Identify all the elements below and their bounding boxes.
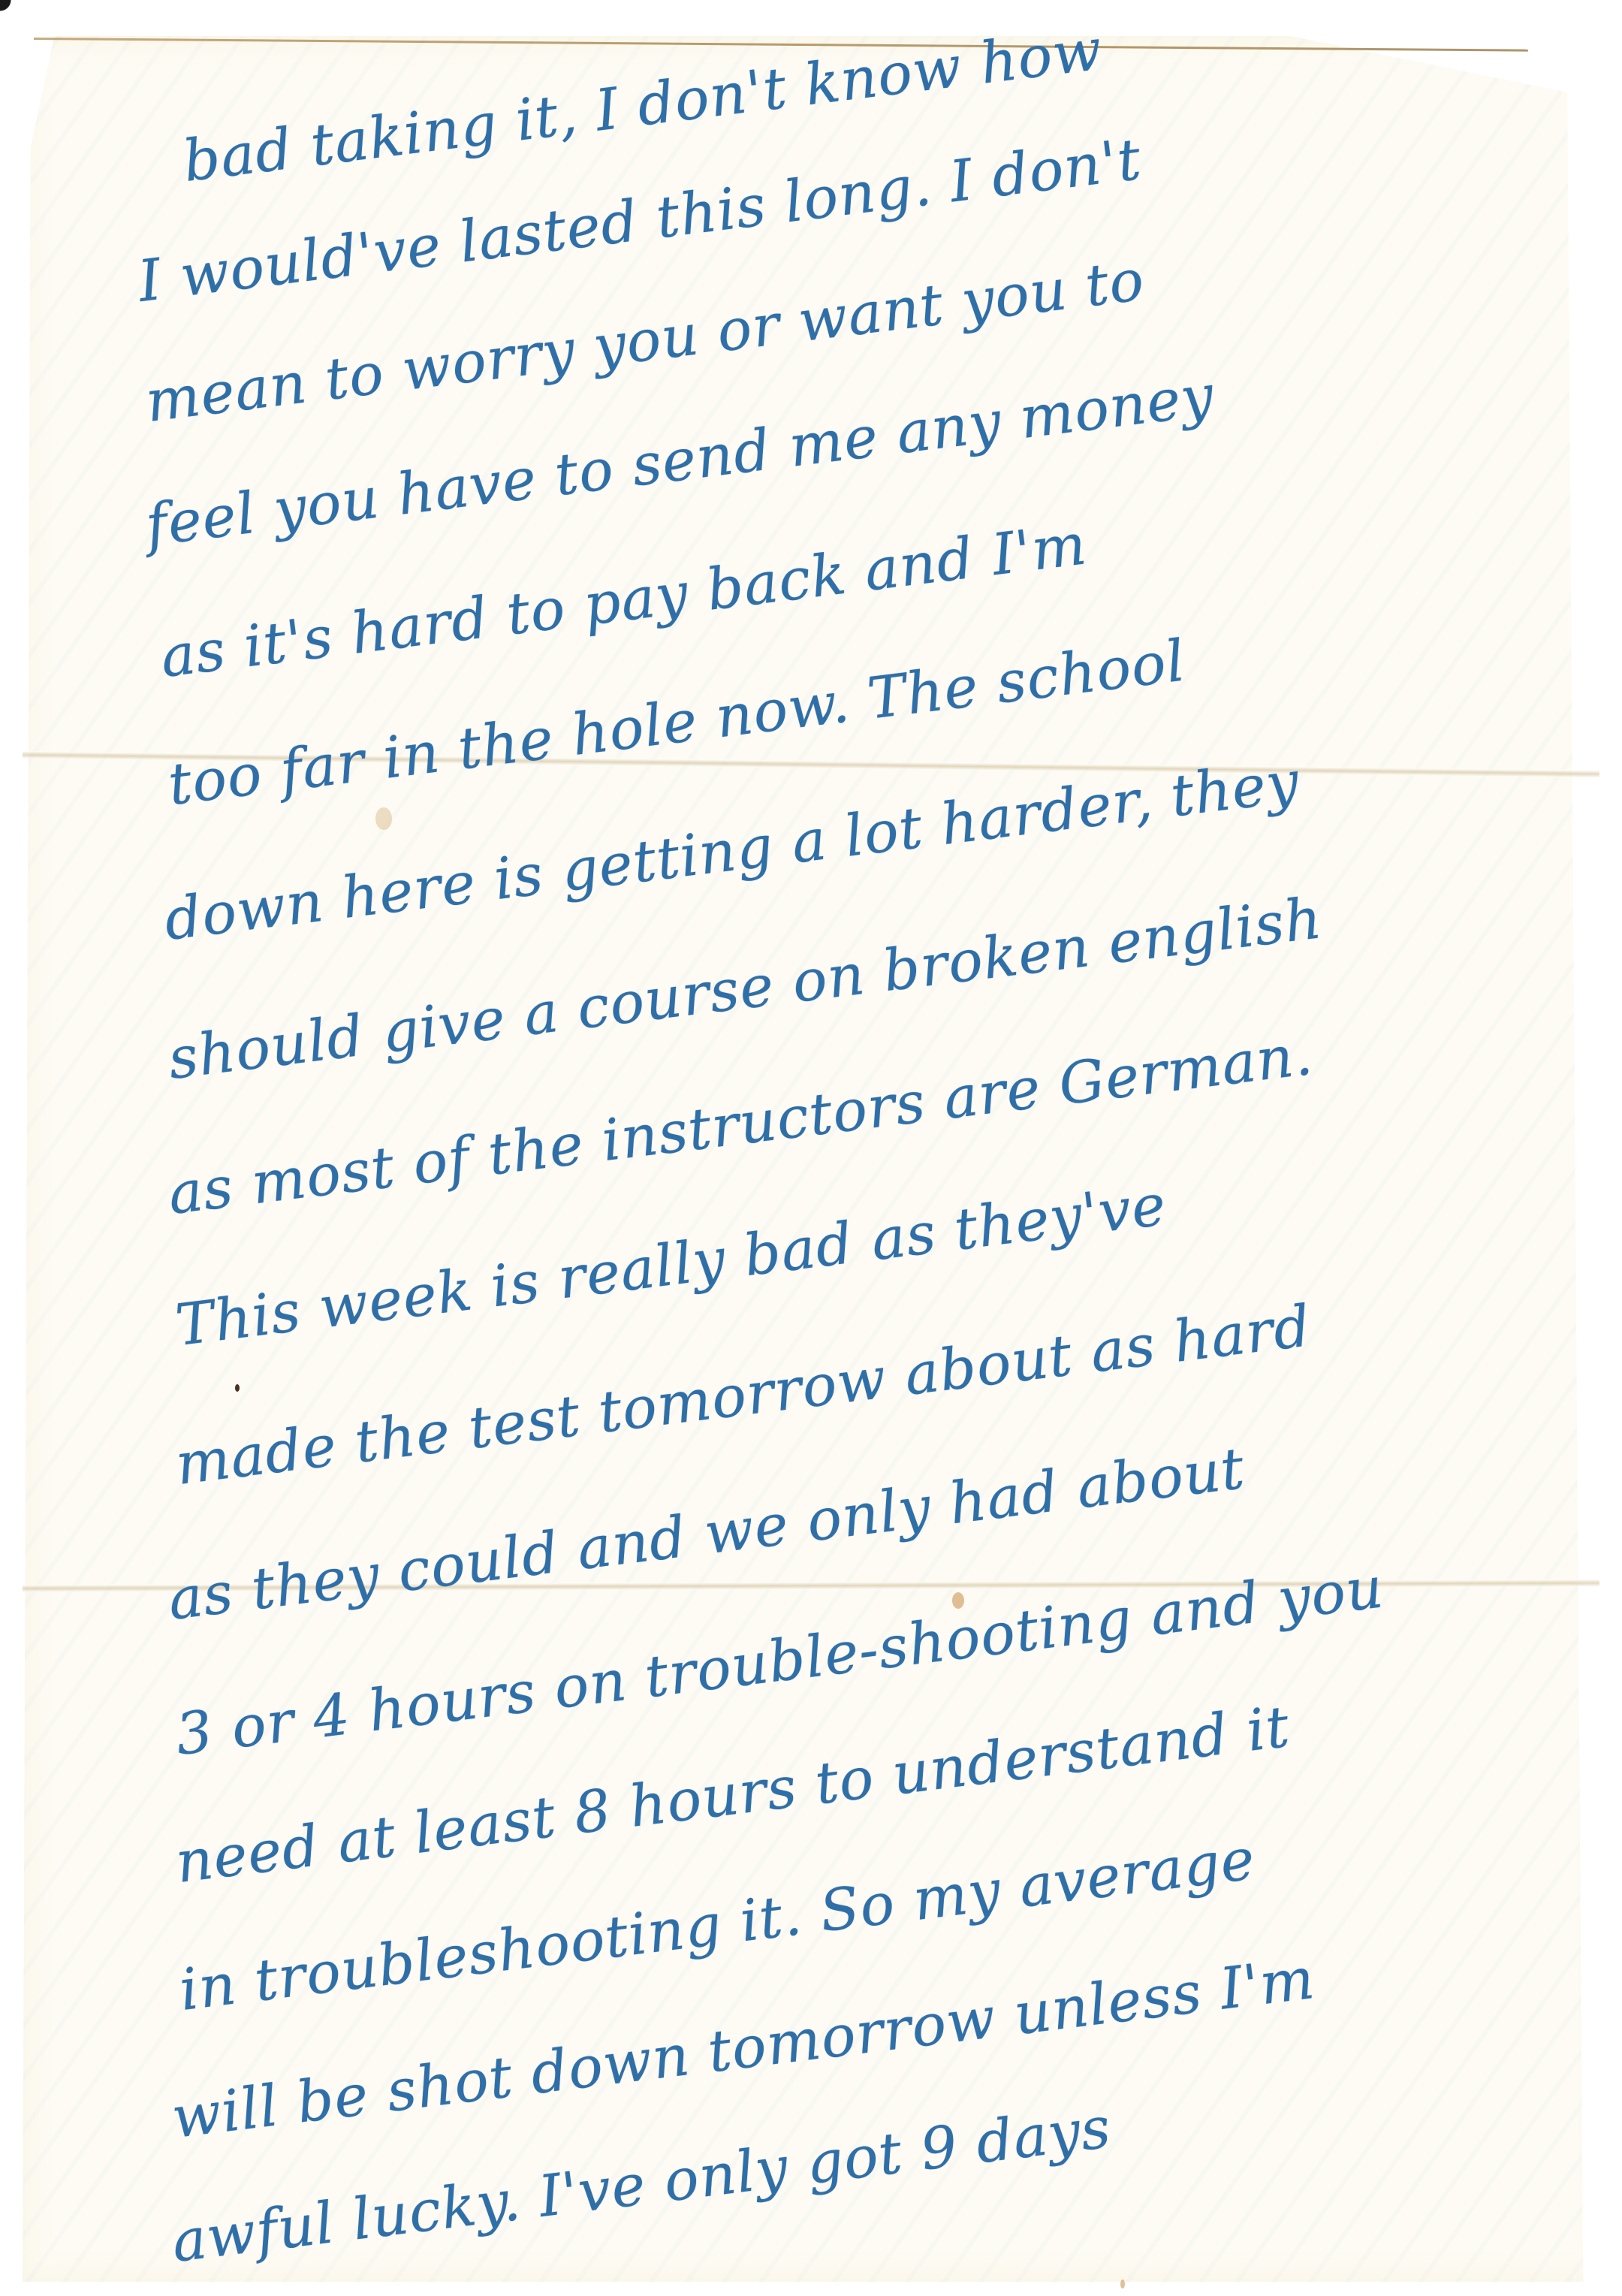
scanner-corner-shadow <box>0 0 30 30</box>
ink-spot <box>235 1384 240 1392</box>
rust-stain <box>1120 2279 1125 2288</box>
rust-stain <box>375 807 392 830</box>
